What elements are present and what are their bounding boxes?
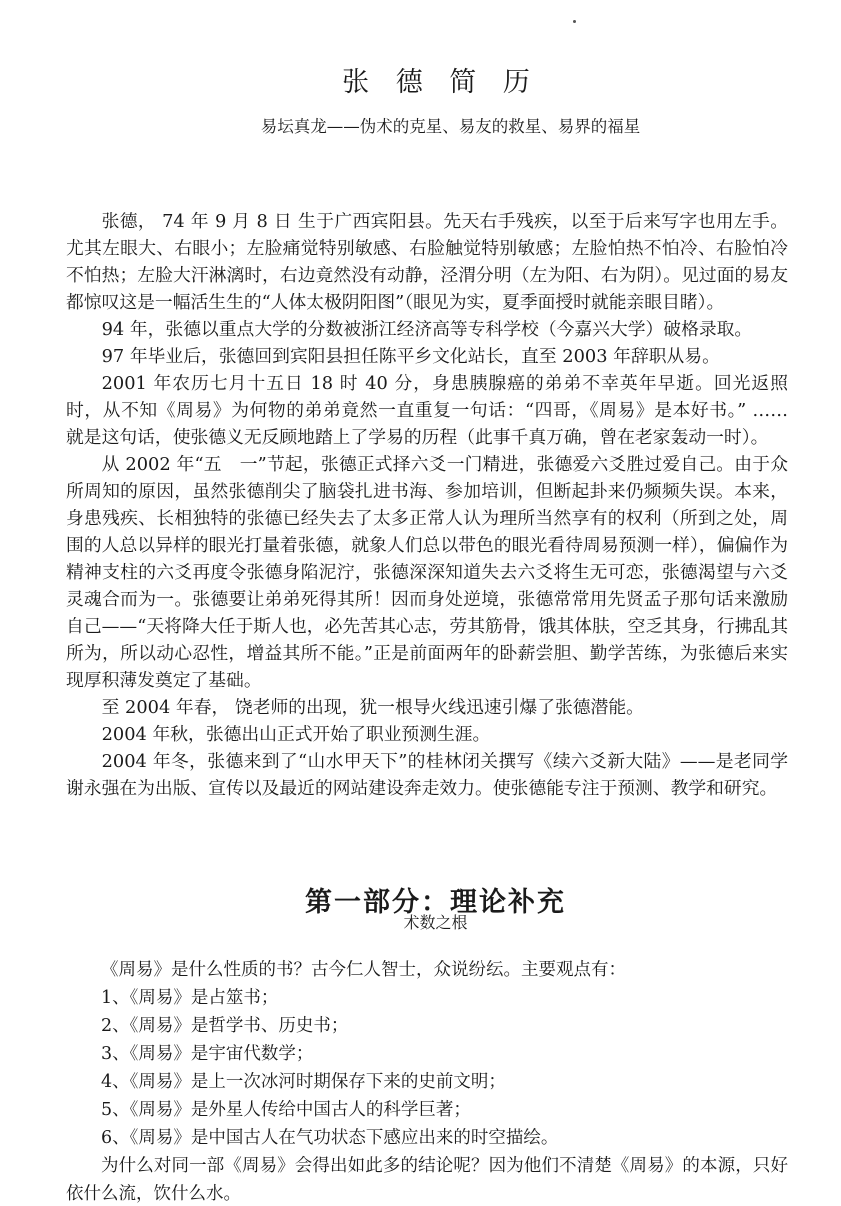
bio-paragraph-2004-autumn: 2004 年秋，张德出山正式开始了职业预测生涯。: [66, 721, 788, 748]
conclusion-paragraph: 为什么对同一部《周易》会得出如此多的结论呢？因为他们不清楚《周易》的本源，只好依…: [66, 1152, 788, 1206]
bio-paragraph-2001: 2001 年农历七月十五日 18 时 40 分，身患胰腺癌的弟弟不幸英年早逝。回…: [66, 370, 788, 451]
theory-section: 《周易》是什么性质的书？古今仁人智士，众说纷纭。主要观点有： 1、《周易》是占筮…: [66, 956, 788, 1206]
list-item: 5、《周易》是外星人传给中国古人的科学巨著；: [66, 1096, 788, 1124]
bio-paragraph-2004-winter: 2004 年冬，张德来到了“山水甲天下”的桂林闭关撰写《续六爻新大陆》——是老同…: [66, 748, 788, 802]
page-subtitle: 易坛真龙——伪术的克星、易友的救星、易界的福星: [0, 113, 841, 137]
biography-section: 张德， 74 年 9 月 8 日 生于广西宾阳县。先天右手残疾，以至于后来写字也…: [66, 208, 788, 802]
list-item: 4、《周易》是上一次冰河时期保存下来的史前文明；: [66, 1068, 788, 1096]
list-item: 6、《周易》是中国古人在气功状态下感应出来的时空描绘。: [66, 1124, 788, 1152]
list-item: 1、《周易》是占筮书；: [66, 984, 788, 1012]
list-item: 2、《周易》是哲学书、历史书；: [66, 1012, 788, 1040]
scanned-page: 张 德 简 历 易坛真龙——伪术的克星、易友的救星、易界的福星 张德， 74 年…: [0, 0, 841, 1206]
scan-speck: [573, 20, 576, 23]
bio-paragraph-birth: 张德， 74 年 9 月 8 日 生于广西宾阳县。先天右手残疾，以至于后来写字也…: [66, 208, 788, 316]
bio-paragraph-2002: 从 2002 年“五 一”节起，张德正式择六爻一门精进，张德爱六爻胜过爱自己。由…: [66, 451, 788, 694]
list-item: 3、《周易》是宇宙代数学；: [66, 1040, 788, 1068]
section-subtitle: 术数之根: [0, 910, 841, 933]
bio-paragraph-1997: 97 年毕业后，张德回到宾阳县担任陈平乡文化站长，直至 2003 年辞职从易。: [66, 343, 788, 370]
intro-paragraph: 《周易》是什么性质的书？古今仁人智士，众说纷纭。主要观点有：: [66, 956, 788, 984]
bio-paragraph-2004-spring: 至 2004 年春， 饶老师的出现，犹一根导火线迅速引爆了张德潜能。: [66, 694, 788, 721]
page-title: 张 德 简 历: [0, 60, 841, 99]
bio-paragraph-1994: 94 年，张德以重点大学的分数被浙江经济高等专科学校（今嘉兴大学）破格录取。: [66, 316, 788, 343]
